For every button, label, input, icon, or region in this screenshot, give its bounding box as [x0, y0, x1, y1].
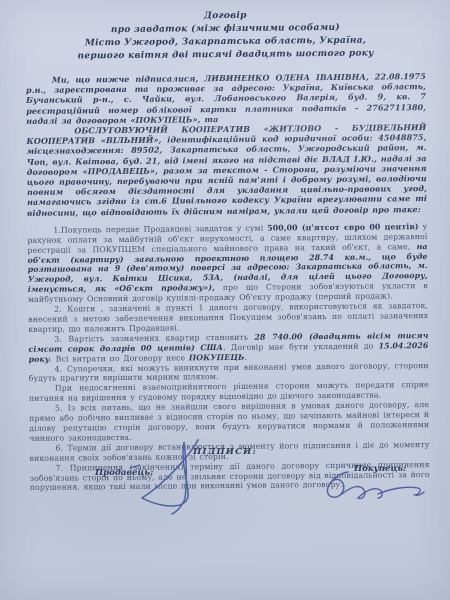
text-segment: 2. Кошти , зазначені в пункті 1 даного д…	[28, 301, 428, 334]
buyer-signature-icon	[318, 468, 428, 513]
contract-paragraph: 3. Вартість зазначених квартир становить…	[28, 331, 428, 365]
contract-title: Договірпро завдаток (між фізичними особа…	[25, 8, 425, 64]
contract-paragraph: ОБСЛУГОВУЮЧИЙ КООПЕРАТИВ «ЖИТЛОВО - БУДІ…	[26, 122, 427, 218]
title-line: першого квітня дві тисячі двадцять шосто…	[26, 47, 426, 64]
text-segment: . Всі витрати по Договору несе	[50, 353, 189, 363]
text-segment: При недосягненні взаємоприйнятного рішен…	[29, 380, 429, 403]
text-segment: .	[244, 352, 247, 361]
scanned-contract-photo: Договірпро завдаток (між фізичними особа…	[0, 0, 450, 600]
contract-body: Ми, що нижче підписалися, ЛИВИНЕНКО ОЛЕН…	[26, 71, 430, 493]
contract-paragraph: 2. Кошти , зазначені в пункті 1 даного д…	[28, 301, 428, 335]
text-segment: 4. Суперечки, які можуть виникнути при в…	[29, 361, 429, 384]
contract-paragraph: 5. Із всіх питань, що не знайшли свого в…	[29, 400, 429, 443]
text-segment: Ми, що нижче підписалися, ЛИВИНЕНКО ОЛЕН…	[26, 71, 426, 126]
seller-signature-icon	[128, 436, 213, 521]
text-segment: ОБСЛУГОВУЮЧИЙ КООПЕРАТИВ «ЖИТЛОВО - БУДІ…	[26, 122, 427, 217]
text-segment: 500,00 (п'ятсот євро 00 центів)	[267, 222, 419, 232]
paper-sheet: Договірпро завдаток (між фізичними особа…	[0, 0, 450, 600]
signatures-heading: ПІДПИСИ:	[0, 447, 450, 457]
contract-paragraph: Ми, що нижче підписалися, ЛИВИНЕНКО ОЛЕН…	[26, 71, 426, 126]
text-segment: . Договір має бути укладений до	[223, 341, 379, 351]
contract-paragraph: 1.Покупець передає Продавцеві завдаток у…	[27, 222, 428, 305]
text-segment: ПОКУПЕЦЬ	[189, 352, 245, 362]
text-segment: 5. Із всіх питань, що не знайшли свого в…	[29, 400, 429, 443]
